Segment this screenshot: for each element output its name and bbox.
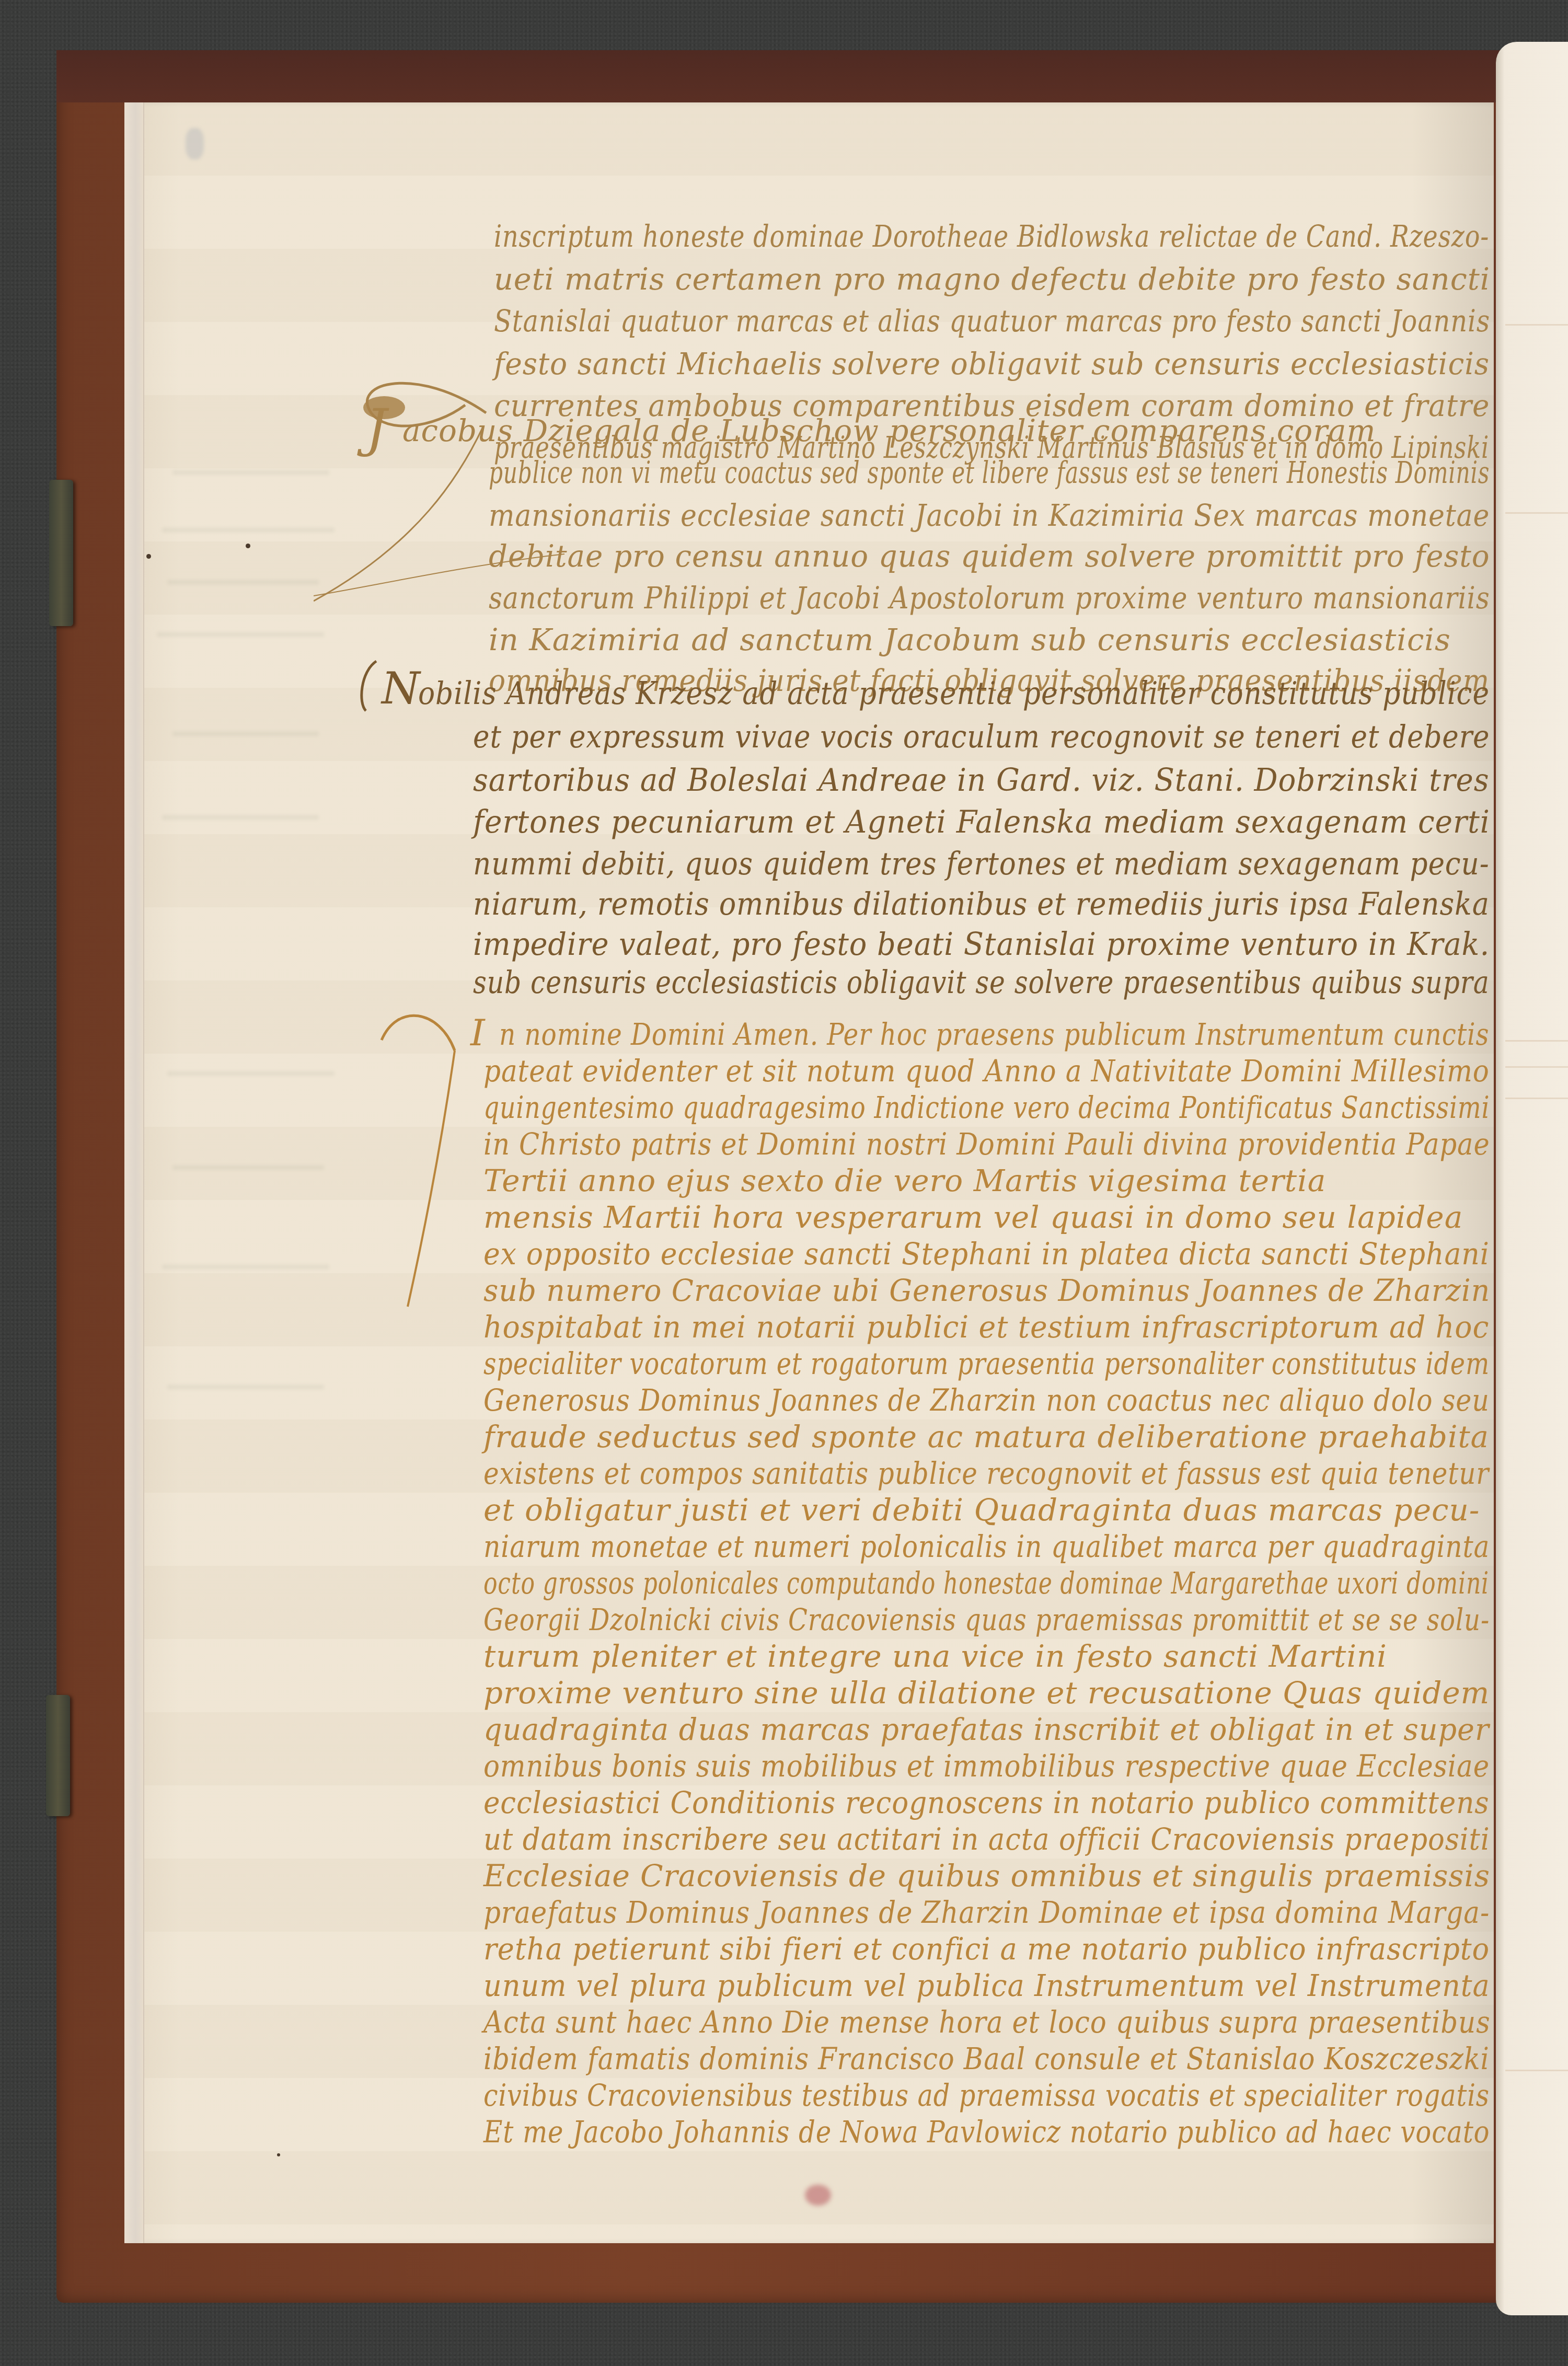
entry-line: unum vel plura publicum vel publica Inst…	[483, 1968, 1490, 2003]
entry-line: publice non vi metu coactus sed sponte e…	[489, 455, 1490, 490]
entry-line: et per expressum vivae vocis oraculum re…	[473, 719, 1490, 755]
clasp-top	[49, 480, 73, 626]
show-through	[167, 1071, 335, 1076]
entry-line: Generosus Dominus Joannes de Zharzin non…	[483, 1382, 1490, 1418]
red-stain	[805, 2185, 831, 2206]
clasp-bottom	[46, 1695, 70, 1816]
ink-speck	[246, 544, 250, 548]
cover-top-edge	[56, 50, 1515, 102]
entry-line: ecclesiastici Conditionis recognoscens i…	[483, 1785, 1490, 1820]
entry-line: sub numero Cracoviae ubi Generosus Domin…	[483, 1273, 1490, 1308]
initial-letter: J	[366, 397, 387, 458]
entry-line: proxime venturo sine ulla dilatione et r…	[483, 1675, 1490, 1711]
bleed-through-line	[1505, 1040, 1568, 1042]
pencil-mark	[186, 128, 204, 159]
entry-line: impedire valeat, pro festo beati Stanisl…	[473, 926, 1490, 963]
entry-line: ex opposito ecclesiae sancti Stephani in…	[483, 1236, 1490, 1272]
entry-line: nummi debiti, quos quidem tres fertones …	[473, 846, 1490, 882]
show-through	[162, 528, 335, 532]
entry-line: mensis Martii hora vesperarum vel quasi …	[483, 1199, 1463, 1235]
entry-line: ut datam inscribere seu actitari in acta…	[483, 1821, 1490, 1857]
initial-letter: I	[470, 1011, 485, 1054]
entry-line: Georgii Dzolnicki civis Cracoviensis qua…	[483, 1602, 1490, 1637]
entry-line: turum pleniter et integre una vice in fe…	[483, 1638, 1387, 1674]
entry-line: et obligatur justi et veri debiti Quadra…	[483, 1492, 1480, 1528]
entry-line: acobus Dziegala de Lubschow personaliter…	[402, 413, 1376, 448]
entry-line: in Kazimiria ad sanctum Jacobum sub cens…	[489, 622, 1451, 657]
entry-line: praefatus Dominus Joannes de Zharzin Dom…	[483, 1895, 1490, 1930]
entry-line: fraude seductus sed sponte ac matura del…	[483, 1419, 1489, 1455]
entry-line: quingentesimo quadragesimo Indictione ve…	[483, 1090, 1490, 1125]
show-through	[157, 632, 324, 637]
show-through	[167, 1385, 324, 1389]
ink-speck	[146, 554, 151, 559]
entry-line: n nomine Domini Amen. Per hoc praesens p…	[499, 1017, 1489, 1052]
show-through	[167, 580, 319, 584]
initial-letter: N	[382, 663, 420, 714]
show-through	[172, 470, 329, 475]
bleed-through-line	[1505, 1098, 1568, 1099]
entry-line: Et me Jacobo Johannis de Nowa Pavlowicz …	[483, 2114, 1490, 2150]
entry-line: quadraginta duas marcas praefatas inscri…	[483, 1712, 1490, 1747]
entry-line: mansionariis ecclesiae sancti Jacobi in …	[489, 498, 1490, 533]
show-through	[162, 1265, 329, 1269]
entry-line: ueti matris certamen pro magno defectu d…	[494, 261, 1490, 297]
entry-line: obilis Andreas Krzesz ad acta praesentia…	[418, 675, 1490, 712]
bleed-through-line	[1505, 512, 1568, 514]
entry-line: hospitabat in mei notarii publici et tes…	[483, 1309, 1489, 1345]
bleed-through-line	[1505, 324, 1568, 326]
entry-line: retha petierunt sibi fieri et confici a …	[483, 1931, 1490, 1967]
entry-line: Ecclesiae Cracoviensis de quibus omnibus…	[483, 1858, 1490, 1894]
page-gutter	[124, 102, 144, 2243]
show-through	[162, 815, 319, 820]
bleed-through-line	[1505, 1066, 1568, 1068]
entry-line: sartoribus ad Boleslai Andreae in Gard. …	[473, 762, 1490, 799]
next-page-edge	[1496, 42, 1568, 2315]
entry-line: niarum monetae et numeri polonicalis in …	[483, 1529, 1490, 1564]
entry-line: fertones pecuniarum et Agneti Falenska m…	[473, 804, 1490, 840]
bleed-through-line	[1505, 2070, 1568, 2071]
entry-line: festo sancti Michaelis solvere obligavit…	[494, 346, 1490, 382]
entry-line: civibus Cracoviensibus testibus ad praem…	[483, 2078, 1490, 2113]
entry-line: Acta sunt haec Anno Die mense hora et lo…	[483, 2004, 1490, 2040]
entry-line: sanctorum Philippi et Jacobi Apostolorum…	[489, 580, 1490, 616]
entry-line: debitae pro censu annuo quas quidem solv…	[489, 538, 1490, 574]
entry-line: pateat evidenter et sit notum quod Anno …	[483, 1053, 1490, 1089]
entry-line: sub censuris ecclesiasticis obligavit se…	[473, 964, 1490, 1001]
entry-line: Stanislai quatuor marcas et alias quatuo…	[494, 303, 1490, 339]
entry-line: octo grossos polonicales computando hone…	[483, 1565, 1489, 1601]
entry-line: Tertii anno ejus sexto die vero Martis v…	[483, 1163, 1326, 1198]
entry-line: existens et compos sanitatis publice rec…	[483, 1456, 1489, 1491]
entry-line: ibidem famatis dominis Francisco Baal co…	[483, 2041, 1490, 2076]
entry-line: in Christo patris et Domini nostri Domin…	[483, 1126, 1490, 1162]
entry-line: inscriptum honeste dominae Dorotheae Bid…	[494, 218, 1489, 254]
ink-speck	[277, 2153, 280, 2156]
entry-line: specialiter vocatorum et rogatorum praes…	[483, 1346, 1490, 1381]
show-through	[172, 732, 319, 736]
entry-line: niarum, remotis omnibus dilationibus et …	[473, 886, 1490, 922]
entry-line: omnibus bonis suis mobilibus et immobili…	[483, 1748, 1490, 1784]
show-through	[172, 1165, 324, 1170]
